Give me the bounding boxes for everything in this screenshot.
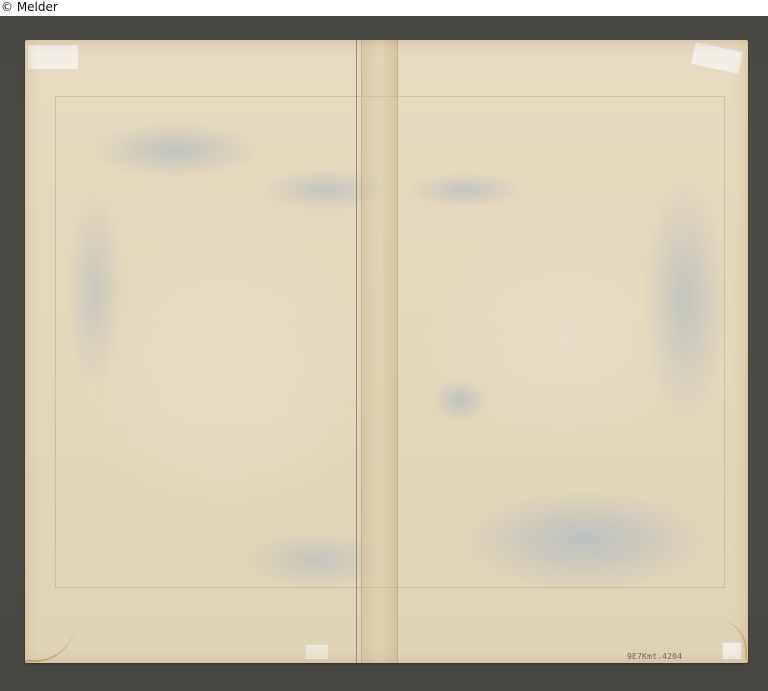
hinge-tape-top-left bbox=[27, 44, 79, 70]
photograph: 9E7Kmt.4204 bbox=[0, 16, 768, 691]
caption-bar: © Melder bbox=[0, 0, 768, 16]
hinge-tape-top-right bbox=[690, 41, 744, 75]
copyright-caption: © Melder bbox=[1, 0, 58, 15]
water-stain-bottom-left bbox=[25, 600, 75, 662]
center-fold-guard-strip bbox=[361, 40, 398, 663]
center-fold-crease bbox=[356, 40, 357, 663]
pencil-inscription: 9E7Kmt.4204 bbox=[627, 652, 682, 661]
hinge-tape-bottom-center bbox=[305, 644, 329, 660]
map-sheet-reverse: 9E7Kmt.4204 bbox=[25, 40, 748, 663]
